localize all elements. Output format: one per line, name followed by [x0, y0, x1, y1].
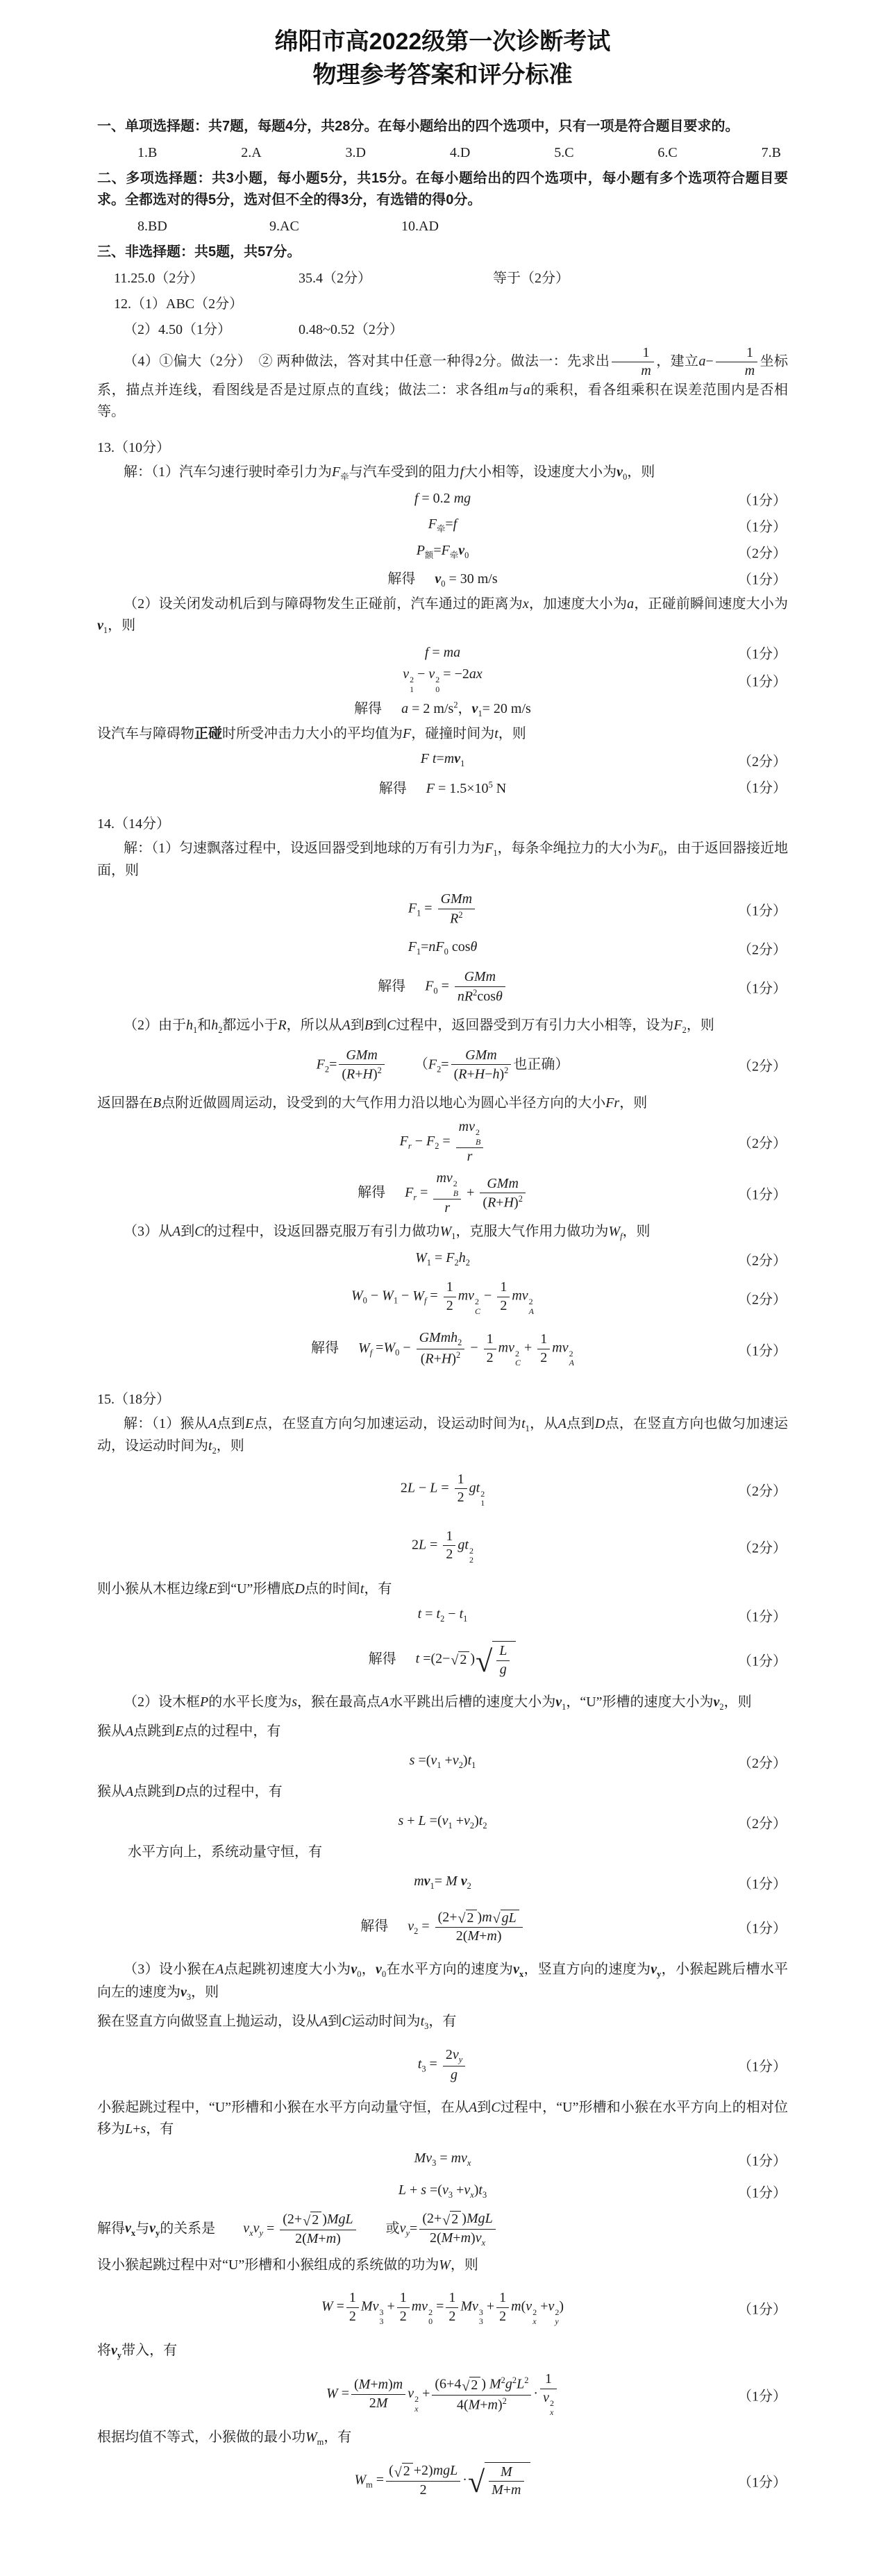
- exam-answer-sheet-page: 绵阳市高2022级第一次诊断考试 物理参考答案和评分标准 一、单项选择题：共7题…: [0, 0, 881, 2576]
- answers-q11: 11.25.0（2分）35.4（2分）等于（2分）: [97, 268, 788, 289]
- q13-eq3: P额=F牵v0（2分）: [97, 539, 788, 564]
- score-label: （1分）: [738, 1917, 787, 1937]
- answer-item: 35.4（2分）: [299, 268, 493, 289]
- formula: 解得F = 1.5×105 N: [379, 777, 506, 797]
- score-label: （2分）: [738, 1249, 787, 1269]
- answers-q12-2: （2）4.50（1分）0.48~0.52（2分）: [97, 319, 788, 340]
- q13-part2-text2: 设汽车与障碍物正碰时所受冲击力大小的平均值为F，碰撞时间为t，则: [97, 723, 788, 745]
- score-label: （1分）: [738, 900, 787, 920]
- score-label: （2分）: [738, 1752, 787, 1772]
- answer-item: 1.B: [137, 142, 157, 163]
- answer-item: 8.BD: [137, 216, 269, 237]
- q15-relation-line: 解得vx与vy的关系是vxvy = (2+√2)MgL2(M+m)或vy=(2+…: [97, 2211, 788, 2248]
- q15-eq1: 2L − L = 12gt21（2分）: [97, 1465, 788, 1515]
- q15-eq10: Mv3 = mvx（1分）: [97, 2147, 788, 2172]
- answer-item: 10.AD: [401, 216, 533, 237]
- score-label: （1分）: [738, 1339, 787, 1359]
- q15-eq8: 解得v2 = (2+√2)m√gL2(M+m)（1分）: [97, 1902, 788, 1952]
- q14-heading: 14.（14分）: [97, 814, 788, 834]
- q14-eq6: 解得Fr = mv2Br + GMm(R+H)2（1分）: [97, 1168, 788, 1218]
- q14-eq8: W0 − W1 − Wf = 12mv2C − 12mv2A（2分）: [97, 1273, 788, 1323]
- q13-eq9: 解得F = 1.5×105 N（1分）: [97, 774, 788, 799]
- formula: F t=mv1: [421, 751, 465, 769]
- formula: F1=nF0 cosθ: [408, 939, 478, 957]
- formula: F1 = GMmR2: [408, 891, 477, 927]
- formula: 2L = 12gt22: [412, 1529, 473, 1565]
- answer-item: 6.C: [657, 142, 677, 163]
- formula: 2L − L = 12gt21: [401, 1472, 485, 1508]
- score-label: （2分）: [738, 1132, 787, 1152]
- answer-item: 等于（2分）: [493, 268, 569, 289]
- q14-eq3: 解得F0 = GMmnR2cosθ（1分）: [97, 962, 788, 1012]
- q15-eq4: 解得t =(2−√2)√Lg（1分）: [97, 1635, 788, 1685]
- formula: W0 − W1 − Wf = 12mv2C − 12mv2A: [351, 1279, 534, 1316]
- score-label: （2分）: [738, 750, 787, 771]
- formula: t = t2 − t1: [418, 1606, 468, 1624]
- formula: W1 = F2h2: [415, 1250, 470, 1268]
- score-label: （2分）: [738, 541, 787, 562]
- q13-eq5: f = ma（1分）: [97, 640, 788, 665]
- q13-eq2: F牵=f（1分）: [97, 513, 788, 538]
- q13-eq7: 解得a = 2 m/s2，v1= 20 m/s: [97, 696, 788, 721]
- q15-part3-text3: 小猴起跳过程中，“U”形槽和小猴在水平方向动量守恒，在从A到C过程中，“U”形槽…: [97, 2097, 788, 2140]
- q13-eq8: F t=mv1（2分）: [97, 748, 788, 773]
- formula: F2=GMm(R+H)2（F2=GMm(R+H−h)2也正确）: [317, 1047, 569, 1084]
- formula: L + s =(v3 +vx)t3: [398, 2182, 487, 2200]
- q15-part3-text4: 设小猴起跳过程中对“U”形槽和小猴组成的系统做的功为W，则: [97, 2255, 788, 2276]
- score-label: （1分）: [738, 489, 787, 509]
- formula: Wm =(√2+2)mgL2·√MM+m: [354, 2462, 530, 2500]
- document-body: 一、单项选择题：共7题，每题4分，共28分。在每小题给出的四个选项中，只有一项是…: [97, 116, 788, 2506]
- answer-item: 7.B: [762, 142, 781, 163]
- document-header: 绵阳市高2022级第一次诊断考试 物理参考答案和评分标准: [97, 25, 788, 92]
- formula: Mv3 = mvx: [414, 2150, 471, 2169]
- q15-eq2: 2L = 12gt22（2分）: [97, 1522, 788, 1572]
- score-label: （1分）: [738, 1184, 787, 1204]
- formula: 解得a = 2 m/s2，v1= 20 m/s: [354, 697, 531, 719]
- q15-eq3: t = t2 − t1（1分）: [97, 1603, 788, 1628]
- score-label: （1分）: [738, 2384, 787, 2405]
- score-label: （1分）: [738, 515, 787, 535]
- formula: f = 0.2 mg: [414, 491, 471, 507]
- q14-part1-text: 解：（1）匀速飘落过程中，设返回器受到地球的万有引力为F1，每条伞绳拉力的大小为…: [97, 838, 788, 882]
- q14-eq4: F2=GMm(R+H)2（F2=GMm(R+H−h)2也正确）（2分）: [97, 1040, 788, 1090]
- q15-eq11: L + s =(v3 +vx)t3（1分）: [97, 2179, 788, 2204]
- q15-eq13: W =(M+m)m2Mv2x +(6+4√2) M2g2L24(M+m)2·1v…: [97, 2370, 788, 2420]
- score-label: （1分）: [738, 1650, 787, 1670]
- answer-item: （2）4.50（1分）: [124, 319, 299, 340]
- score-label: （1分）: [738, 2182, 787, 2202]
- answer-q12-4: （4）①偏大（2分） ② 两种做法，答对其中任意一种得2分。做法一：先求出1m，…: [97, 345, 788, 423]
- formula: f = ma: [425, 645, 460, 661]
- q15-part3-text2: 猴在竖直方向做竖直上抛运动，设从A到C运动时间为t3，有: [97, 2011, 788, 2033]
- score-label: （1分）: [738, 2150, 787, 2170]
- score-label: （1分）: [738, 568, 787, 588]
- q15-heading: 15.（18分）: [97, 1390, 788, 1409]
- score-label: （2分）: [738, 1812, 787, 1833]
- q14-eq2: F1=nF0 cosθ（2分）: [97, 936, 788, 961]
- formula: Fr − F2 = mv2Br: [400, 1119, 486, 1165]
- score-label: （1分）: [738, 671, 787, 691]
- answer-item: 2.A: [241, 142, 261, 163]
- q14-eq9: 解得Wf =W0 − GMmh2(R+H)2 − 12mv2C + 12mv2A…: [97, 1324, 788, 1374]
- answer-item: 0.48~0.52（2分）: [299, 319, 403, 340]
- answers-q12-1: 12.（1）ABC（2分）: [97, 294, 788, 314]
- q13-eq6: v21 − v20 = −2ax（1分）: [97, 666, 788, 694]
- q15-part2-text: （2）设木框P的水平长度为s，猴在最高点A水平跳出后槽的速度大小为v1，“U”形…: [97, 1692, 788, 1714]
- q15-part1-text: 解：（1）猴从A点到E点，在竖直方向匀加速运动，设运动时间为t1，从A点到D点，…: [97, 1413, 788, 1458]
- formula: 解得v0 = 30 m/s: [387, 567, 497, 589]
- q14-eq7: W1 = F2h2（2分）: [97, 1247, 788, 1272]
- q15-eq6: s + L =(v1 +v2)t2（2分）: [97, 1810, 788, 1835]
- q15-part3-text6: 根据均值不等式，小猴做的最小功Wm，有: [97, 2427, 788, 2449]
- answer-item: 3.D: [346, 142, 366, 163]
- score-label: （2分）: [738, 1055, 787, 1075]
- q13-eq1: f = 0.2 mg（1分）: [97, 487, 788, 512]
- answer-item: 9.AC: [269, 216, 401, 237]
- answer-item: 5.C: [554, 142, 573, 163]
- score-label: （1分）: [738, 2055, 787, 2076]
- score-label: （1分）: [738, 2470, 787, 2491]
- formula: 解得F0 = GMmnR2cosθ: [378, 969, 507, 1005]
- score-label: （1分）: [738, 1873, 787, 1893]
- score-label: （1分）: [738, 1606, 787, 1626]
- answer-item: 12.（1）ABC（2分）: [114, 294, 243, 314]
- answer-item: 4.D: [450, 142, 470, 163]
- doc-title-line1: 绵阳市高2022级第一次诊断考试: [97, 25, 788, 58]
- formula: t3 = 2vyg: [418, 2047, 467, 2083]
- formula: 解得t =(2−√2)√Lg: [369, 1641, 517, 1678]
- score-label: （1分）: [738, 977, 787, 997]
- formula: F牵=f: [428, 516, 457, 534]
- formula: s =(v1 +v2)t1: [410, 1753, 476, 1771]
- section-non-choice: 三、非选择题：共5题，共57分。: [97, 242, 788, 263]
- q13-part1-text: 解：（1）汽车匀速行驶时牵引力为F牵与汽车受到的阻力f大小相等，设速度大小为v0…: [97, 462, 788, 484]
- q15-part3-text: （3）设小猴在A点起跳初速度大小为v0，v0在水平方向的速度为vx，竖直方向的速…: [97, 1959, 788, 2003]
- q15-eq12: W =12Mv33 +12mv20 =12Mv33 +12m(v2x +v2y)…: [97, 2283, 788, 2333]
- score-label: （2分）: [738, 1537, 787, 1557]
- section-single-choice: 一、单项选择题：共7题，每题4分，共28分。在每小题给出的四个选项中，只有一项是…: [97, 116, 788, 137]
- section-multi-choice: 二、多项选择题：共3小题，每小题5分，共15分。在每小题给出的四个选项中，每小题…: [97, 168, 788, 211]
- doc-title-line2: 物理参考答案和评分标准: [97, 58, 788, 92]
- q15-part1-text2: 则小猴从木框边缘E到“U”形槽底D点的时间t，有: [97, 1579, 788, 1600]
- score-label: （1分）: [738, 2298, 787, 2318]
- q15-part2-text3: 猴从A点跳到D点的过程中，有: [97, 1781, 788, 1803]
- q15-eq14: Wm =(√2+2)mgL2·√MM+m（1分）: [97, 2456, 788, 2506]
- formula: v21 − v20 = −2ax: [403, 666, 483, 694]
- q14-eq5: Fr − F2 = mv2Br（2分）: [97, 1117, 788, 1167]
- q14-part2-text: （2）由于h1和h2都远小于R，所以从A到B到C过程中，返回器受到万有引力大小相…: [97, 1015, 788, 1037]
- formula: 解得Fr = mv2Br + GMm(R+H)2: [358, 1170, 528, 1216]
- q15-eq5: s =(v1 +v2)t1（2分）: [97, 1749, 788, 1774]
- score-label: （1分）: [738, 777, 787, 797]
- q13-part2-text: （2）设关闭发动机后到与障碍物发生正碰前，汽车通过的距离为x，加速度大小为a，正…: [97, 594, 788, 637]
- score-label: （1分）: [738, 643, 787, 663]
- formula: 解得Wf =W0 − GMmh2(R+H)2 − 12mv2C + 12mv2A: [311, 1330, 574, 1367]
- q15-part2-text2: 猴从A点跳到E点的过程中，有: [97, 1721, 788, 1742]
- q14-eq1: F1 = GMmR2（1分）: [97, 884, 788, 934]
- answer-item: 11.25.0（2分）: [114, 268, 299, 289]
- formula: W =(M+m)m2Mv2x +(6+4√2) M2g2L24(M+m)2·1v…: [326, 2371, 559, 2417]
- q13-eq4: 解得v0 = 30 m/s（1分）: [97, 566, 788, 591]
- q14-part2-text2: 返回器在B点附近做圆周运动，设受到的大气作用力沿以地心为圆心半径方向的大小Fr，…: [97, 1093, 788, 1114]
- q13-heading: 13.（10分）: [97, 438, 788, 457]
- score-label: （2分）: [738, 1480, 787, 1500]
- formula: s + L =(v1 +v2)t2: [398, 1813, 487, 1831]
- q15-part3-text5: 将vy带入，有: [97, 2340, 788, 2362]
- formula: 解得v2 = (2+√2)m√gL2(M+m): [360, 1910, 525, 1945]
- score-label: （2分）: [738, 1288, 787, 1308]
- formula: mv1= M v2: [414, 1874, 471, 1892]
- formula: P额=F牵v0: [417, 543, 469, 561]
- q15-part2-text4: 水平方向上，系统动量守恒，有: [97, 1842, 788, 1863]
- q15-eq7: mv1= M v2（1分）: [97, 1870, 788, 1895]
- answers-q1-7: 1.B2.A3.D4.D5.C6.C7.B: [97, 142, 788, 163]
- formula: W =12Mv33 +12mv20 =12Mv33 +12m(v2x +v2y): [321, 2290, 564, 2327]
- answers-q8-10: 8.BD9.AC10.AD: [97, 216, 788, 237]
- q14-part3-text: （3）从A到C的过程中，设返回器克服万有引力做功W1，克服大气作用力做功为Wf，…: [97, 1221, 788, 1243]
- score-label: （2分）: [738, 938, 787, 959]
- q15-eq9: t3 = 2vyg（1分）: [97, 2040, 788, 2090]
